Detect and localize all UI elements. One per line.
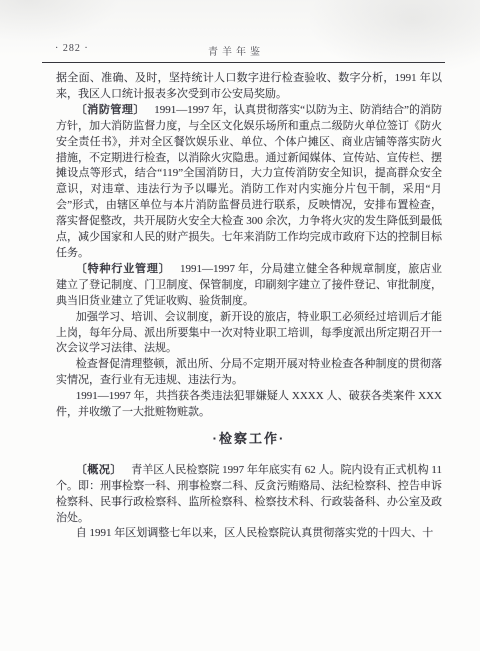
paragraph-last-line: 自 1991 年区划调整七年以来，区人民检察院认真贯彻落实党的十四大、十 bbox=[56, 526, 442, 542]
entry-label-overview: 〔概况〕 bbox=[76, 464, 122, 476]
header-rule bbox=[42, 62, 445, 63]
yearbook-scan-page: · 282 · 青羊年鉴 据全面、准确、及时，坚持统计人口数字进行检查验收、数字… bbox=[0, 0, 480, 651]
running-head: · 282 · 青羊年鉴 bbox=[0, 0, 480, 62]
section-heading-procuratorial-work: ·检察工作· bbox=[56, 431, 442, 447]
page-number: · 282 · bbox=[55, 43, 89, 54]
paragraph-statistics: 1991—1997 年，共挡获各类违法犯罪嫌疑人 XXXX 人、破获各类案件 X… bbox=[56, 389, 442, 421]
paragraph-overview: 〔概况〕青羊区人民检察院 1997 年年底实有 62 人。院内设有正式机构 11… bbox=[56, 463, 442, 527]
paragraph-text: 1991—1997 年，认真贯彻落实“以防为主、防消结合”的消防方针，加大消防监… bbox=[56, 104, 442, 259]
paragraph-training: 加强学习、培训、会议制度，新开设的旅店，特业职工必须经过培训后才能上岗，每年分局… bbox=[56, 310, 442, 358]
page-body: 据全面、准确、及时，坚持统计人口数字进行检查验收、数字分析，1991 年以来，我… bbox=[56, 71, 442, 542]
book-title: 青羊年鉴 bbox=[208, 43, 264, 58]
entry-label-special-trades: 〔特种行业管理〕 bbox=[76, 263, 171, 275]
paragraph-special-trades: 〔特种行业管理〕1991—1997 年，分局建立健全各种规章制度，旅店业建立了登… bbox=[56, 262, 442, 310]
entry-label-fire-management: 〔消防管理〕 bbox=[76, 104, 145, 116]
paragraph-fire-management: 〔消防管理〕1991—1997 年，认真贯彻落实“以防为主、防消结合”的消防方针… bbox=[56, 103, 442, 262]
paragraph-continuation: 据全面、准确、及时，坚持统计人口数字进行检查验收、数字分析，1991 年以来，我… bbox=[56, 71, 442, 103]
paragraph-inspection: 检查督促清理整顿，派出所、分局不定期开展对特业检查各种制度的贯彻落实情况，查行业… bbox=[56, 357, 442, 389]
